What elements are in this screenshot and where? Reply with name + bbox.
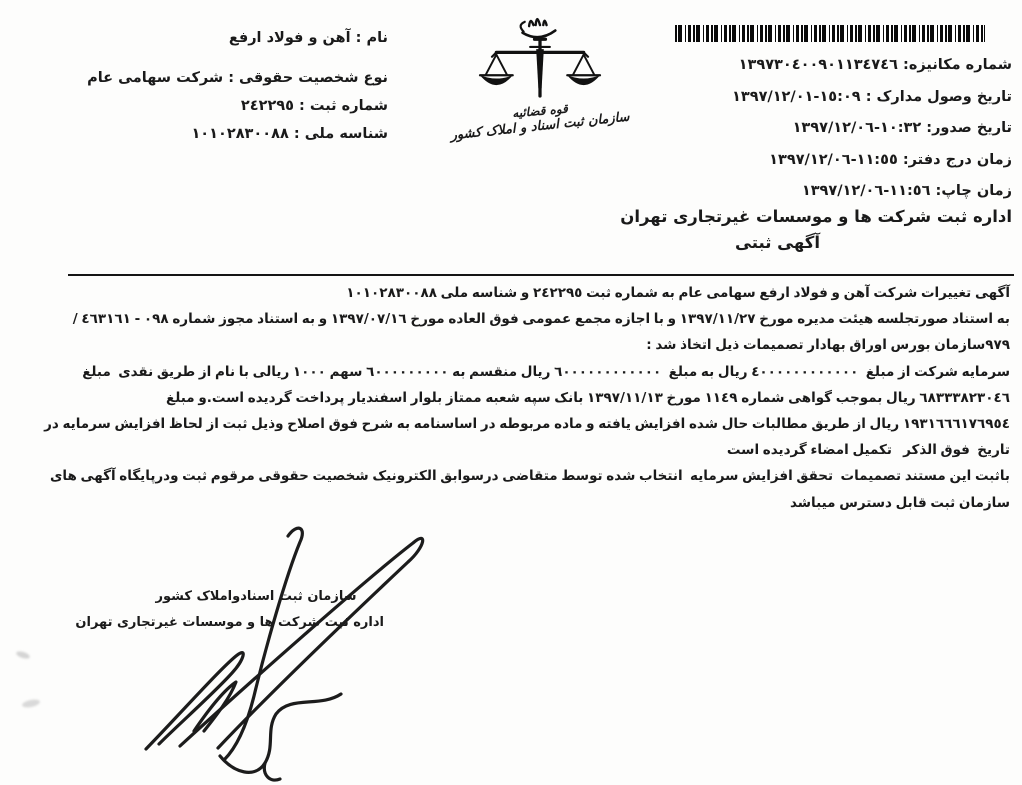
documents-received-line: تاریخ وصول مدارک : ١٥:٠٩-١٣٩٧/١٢/٠١ (612, 82, 1012, 114)
notice-type-heading: آگهی ثبتی (512, 233, 1012, 252)
registration-notice-document: نام : آهن و فولاد ارفع نوع شخصیت حقوقی :… (0, 0, 1022, 785)
company-name-line: نام : آهن و فولاد ارفع (68, 30, 388, 46)
register-entry-time-line: زمان درج دفتر: ١١:٥٥-١٣٩٧/١٢/٠٦ (612, 145, 1012, 177)
separator-line (68, 274, 1014, 276)
mechanized-number-line: شماره مکانیزه: ١٣٩٧٣٠٤٠٠٩٠١١٣٤٧٤٦ (612, 50, 1012, 82)
body-line-1: آگهی تغییرات شرکت آهن و فولاد ارفع سهامی… (18, 280, 1010, 306)
body-line-8: باثبت این مستند تصمیمات تحقق افزایش سرما… (18, 463, 1010, 489)
signature-scrawl (122, 518, 452, 785)
body-line-4: سرمایه شرکت از مبلغ ٤٠٠٠٠٠٠٠٠٠٠٠٠ ریال ب… (18, 359, 1010, 385)
body-line-2: به استناد صورتجلسه هیئت مدیره مورخ ١٣٩٧/… (18, 306, 1010, 332)
body-line-7: تاریخ فوق الذکر تکمیل امضاء گردیده است (18, 437, 1010, 463)
department-heading: اداره ثبت شرکت ها و موسسات غیرتجاری تهرا… (512, 207, 1012, 252)
body-line-6: ١٩٣١٦٦٦١٧٦٩٥٤ ریال از طریق مطالبات حال ش… (18, 411, 1010, 437)
registration-number-line: شماره ثبت : ٢٤٢٢٩٥ (68, 98, 388, 114)
scan-noise-mark (21, 698, 40, 709)
issue-date-line: تاریخ صدور: ١٠:٣٢-١٣٩٧/١٢/٠٦ (612, 113, 1012, 145)
body-line-9: سازمان ثبت قابل دسترس میباشد (18, 490, 1010, 516)
notice-body: آگهی تغییرات شرکت آهن و فولاد ارفع سهامی… (18, 280, 1010, 516)
department-office-line: اداره ثبت شرکت ها و موسسات غیرتجاری تهرا… (512, 207, 1012, 226)
body-line-3: ٩٧٩سازمان بورس اوراق بهادار تصمیمات ذیل … (18, 332, 1010, 358)
print-time-line: زمان چاپ: ١١:٥٦-١٣٩٧/١٢/٠٦ (612, 176, 1012, 208)
meta-block: شماره مکانیزه: ١٣٩٧٣٠٤٠٠٩٠١١٣٤٧٤٦ تاریخ … (612, 50, 1012, 208)
scan-noise-mark (15, 650, 30, 660)
entity-type-line: نوع شخصیت حقوقی : شرکت سهامی عام (68, 70, 388, 86)
scales-of-justice-icon (474, 12, 606, 108)
company-info-block: نام : آهن و فولاد ارفع نوع شخصیت حقوقی :… (68, 30, 388, 154)
body-line-5: ٦٨٣٣٣٨٢٣٠٤٦ ریال بموجب گواهی شماره ١١٤٩ … (18, 385, 1010, 411)
barcode (675, 25, 985, 42)
national-id-line: شناسه ملی : ١٠١٠٢٨٣٠٠٨٨ (68, 126, 388, 142)
